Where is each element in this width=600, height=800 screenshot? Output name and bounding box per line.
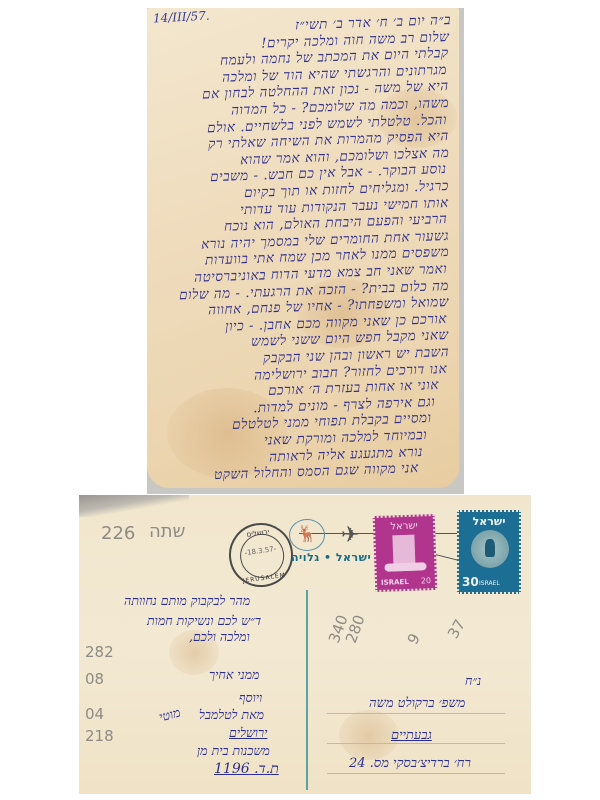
postcard-photo: ✈ ירושלים -18.3.57- JERUSALEM 🦌 דואר ישר… bbox=[79, 495, 531, 794]
recipient-city: גבעתיים bbox=[391, 727, 432, 743]
sender-line: ויוסף bbox=[239, 690, 262, 706]
pencil-note: 218 bbox=[85, 727, 114, 745]
letter-date: 14/III/57. bbox=[153, 9, 210, 26]
pencil-note: 9 bbox=[404, 630, 424, 647]
return-address-line: מאת לטלמבל bbox=[199, 707, 264, 723]
card-fold bbox=[79, 495, 189, 517]
deer-emblem-icon: 🦌 bbox=[289, 519, 325, 551]
pencil-note: 08 bbox=[85, 670, 104, 688]
recipient-name: משפ׳ ברקולט משה bbox=[369, 695, 465, 711]
return-address-line: ת.ד. 1196 bbox=[214, 761, 279, 778]
stamp-country: ישראל bbox=[459, 515, 519, 528]
recipient-street: רח׳ ברדיצ׳בסקי מס. 24 bbox=[349, 755, 471, 771]
sender-line: ד״ש לכם ונשיקות חמות bbox=[147, 613, 261, 629]
sender-line: ממני אחיך bbox=[209, 667, 259, 683]
amphora-icon bbox=[485, 539, 495, 557]
letter-paper: 14/III/57. ב״ה יום ב׳ ח׳ אדר ב׳ תשי״זשלו… bbox=[147, 8, 459, 488]
airplane-icon: ✈ bbox=[341, 523, 359, 548]
ink-note: נ״ח bbox=[465, 673, 481, 689]
pencil-note: 226 bbox=[101, 523, 135, 544]
signature: מוטי bbox=[157, 704, 182, 725]
return-address-line: משכנות בית מן bbox=[197, 743, 270, 759]
stamp-country: ישראל bbox=[375, 520, 433, 533]
pencil-note: שתה bbox=[149, 521, 185, 542]
pencil-note: 04 bbox=[85, 705, 104, 723]
address-divider bbox=[306, 590, 308, 790]
stain bbox=[339, 710, 399, 760]
stamp-country-en: ISRAEL bbox=[381, 578, 409, 587]
return-address-line: ירושלים bbox=[229, 725, 267, 741]
stamp-value: 30 bbox=[462, 575, 479, 589]
postmark: ירושלים -18.3.57- JERUSALEM bbox=[225, 519, 297, 591]
address-line bbox=[327, 743, 505, 744]
stamp-country-en: ISRAEL bbox=[479, 580, 500, 587]
ribbon-icon bbox=[384, 562, 426, 571]
pencil-note: 37 bbox=[444, 616, 469, 642]
stamp-coin: ישראל 30 ISRAEL bbox=[457, 510, 521, 594]
pencil-note: 282 bbox=[85, 643, 114, 661]
sender-line: מהר לבקבוק מותם נחוותה bbox=[124, 593, 250, 609]
address-line bbox=[327, 713, 505, 714]
sender-line: ומלכה ולכם, bbox=[189, 629, 250, 645]
letter-photo: 14/III/57. ב״ה יום ב׳ ח׳ אדר ב׳ תשי״זשלו… bbox=[147, 8, 464, 494]
stamp-tower: ישראל ISRAEL 20 bbox=[373, 514, 438, 592]
address-line bbox=[327, 773, 505, 774]
stamp-value: 20 bbox=[421, 576, 431, 585]
